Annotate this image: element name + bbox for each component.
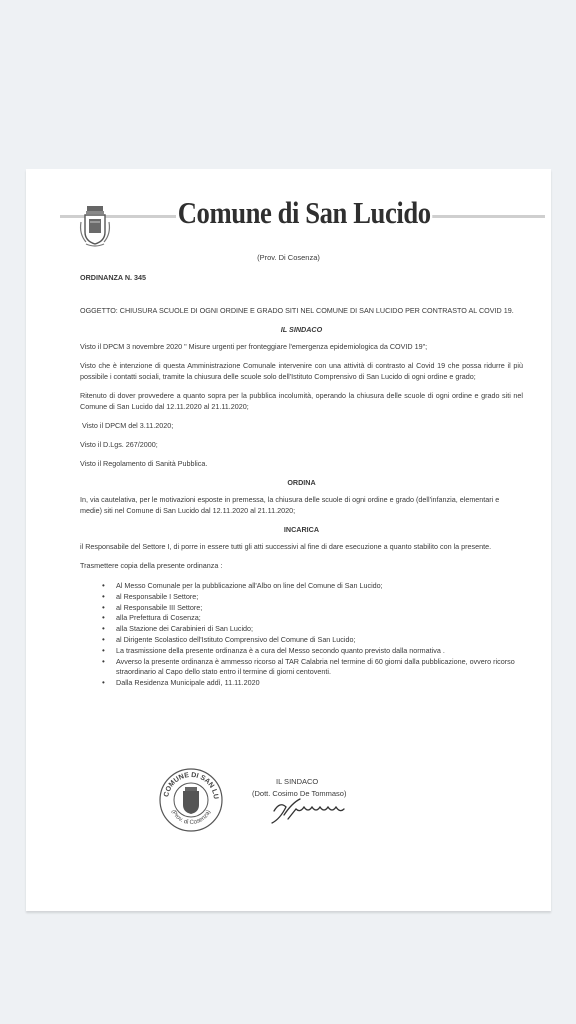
premise-paragraph: Visto il DPCM del 3.11.2020; xyxy=(80,420,523,431)
document-body: ORDINANZA N. 345 OGGETTO: CHIUSURA SCUOL… xyxy=(80,272,523,689)
list-item: al Responsabile III Settore; xyxy=(102,603,523,614)
transmit-label: Trasmettere copia della presente ordinan… xyxy=(80,560,523,571)
handwritten-signature-icon xyxy=(266,797,366,829)
recipient-list: Al Messo Comunale per la pubblicazione a… xyxy=(80,581,523,689)
premise-paragraph: Visto il Regolamento di Sanità Pubblica. xyxy=(80,458,523,469)
incarica-paragraph: il Responsabile del Settore I, di porre … xyxy=(80,541,523,552)
list-item: Avverso la presente ordinanza è ammesso … xyxy=(102,657,523,679)
premise-paragraph: Visto il DPCM 3 novembre 2020 " Misure u… xyxy=(80,341,523,352)
ordina-paragraph: In, via cautelativa, per le motivazioni … xyxy=(80,494,523,516)
municipal-stamp-icon: COMUNE DI SAN LUCIDO (Prov. di Cosenza) xyxy=(158,767,224,833)
heading-incarica: INCARICA xyxy=(80,524,523,535)
premise-paragraph: Ritenuto di dover provvedere a quanto so… xyxy=(80,390,523,412)
province-subtitle: (Prov. Di Cosenza) xyxy=(26,253,551,262)
coat-of-arms-icon xyxy=(78,204,112,248)
list-item: alla Prefettura di Cosenza; xyxy=(102,613,523,624)
document-page: Comune di San Lucido (Prov. Di Cosenza) … xyxy=(26,169,551,911)
list-item: alla Stazione dei Carabinieri di San Luc… xyxy=(102,624,523,635)
list-item: al Responsabile I Settore; xyxy=(102,592,523,603)
municipality-title: Comune di San Lucido xyxy=(176,195,432,231)
ordinance-number: ORDINANZA N. 345 xyxy=(80,272,523,283)
heading-sindaco: IL SINDACO xyxy=(80,324,523,335)
list-item: Dalla Residenza Municipale addì, 11.11.2… xyxy=(102,678,523,689)
list-item: al Dirigente Scolastico dell'Istituto Co… xyxy=(102,635,523,646)
signature-block: COMUNE DI SAN LUCIDO (Prov. di Cosenza) … xyxy=(26,777,551,887)
subject-line: OGGETTO: CHIUSURA SCUOLE DI OGNI ORDINE … xyxy=(80,305,523,316)
premise-paragraph: Visto il D.Lgs. 267/2000; xyxy=(80,439,523,450)
premise-paragraph: Visto che è intenzione di questa Amminis… xyxy=(80,360,523,382)
list-item: La trasmissione della presente ordinanza… xyxy=(102,646,523,657)
signatory-title: IL SINDACO xyxy=(276,777,318,786)
heading-ordina: ORDINA xyxy=(80,477,523,488)
list-item: Al Messo Comunale per la pubblicazione a… xyxy=(102,581,523,592)
